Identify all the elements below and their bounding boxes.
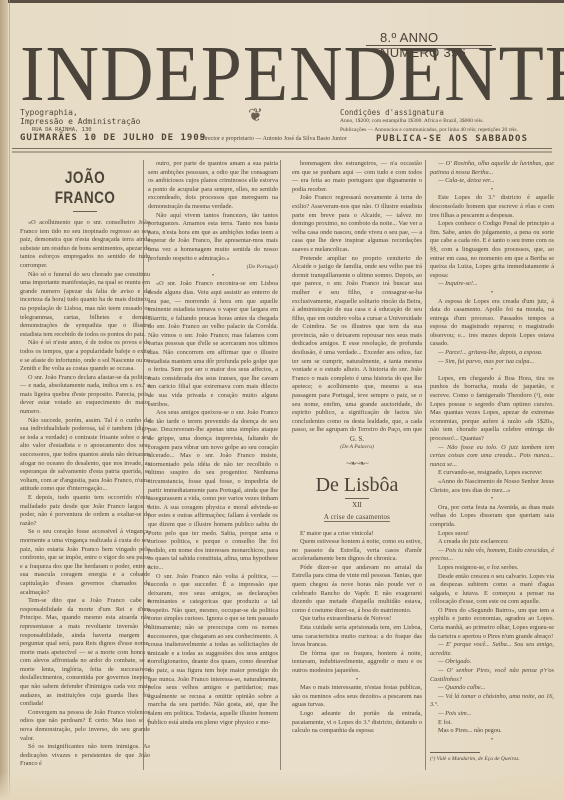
footnote-rule xyxy=(430,752,480,753)
paragraph: Tem-se dito que a João Franco cabe a res… xyxy=(20,597,150,709)
paragraph: E curvando-se, resignado, Lopes escreve: xyxy=(430,469,554,478)
paragraph: Se o seu coração fosse accessivel á ving… xyxy=(20,528,150,597)
header-rule xyxy=(12,148,552,149)
signature: G. S. xyxy=(292,435,422,444)
paragraph: E depois, tudo quanto tem occorrido n'es… xyxy=(20,494,150,528)
dialogue-line: — Cala-te, deixa ver... xyxy=(430,177,554,186)
article-title-de-lisboa: De Lisbôa xyxy=(292,474,422,496)
paragraph: Mas o mais interessante, n'estas festas … xyxy=(292,684,422,710)
paragraph: Este Lopes do 3.º districto é aquelle de… xyxy=(430,194,554,220)
dialogue-line: — Inquire-se!... xyxy=(430,280,554,289)
paragraph: «O acolhimento que o snr. conselheiro Jo… xyxy=(20,219,150,271)
paragraph: Mas o Pires... não pegou. xyxy=(430,727,554,736)
publication-schedule: PUBLICA-SE AOS SABBADOS xyxy=(376,134,528,144)
paragraph: De fórma que os fraques, hontem á noite,… xyxy=(292,650,422,676)
separator-star-icon: • xyxy=(430,366,554,375)
binding-edge xyxy=(0,0,8,800)
paragraph: Não succede, porém, assim. Tal é o cunho… xyxy=(20,417,150,494)
binding-line xyxy=(9,0,10,800)
paragraph: Desde então cresceu o seu calvario. Lope… xyxy=(430,573,554,607)
column-divider xyxy=(280,160,281,770)
issue-date: GUIMARÃES 10 DE JULHO DE 1909 xyxy=(20,133,206,143)
dialogue-line: — Não fosse eu tolo. O juiz tambem tem c… xyxy=(430,444,554,470)
dialogue-line: — Parce!... gritava-lhe, depois, a espos… xyxy=(430,349,554,358)
column-4: homenagem dos estrangeiros, — n'a occasi… xyxy=(292,160,422,736)
page-top-edge xyxy=(0,0,564,3)
subtitle-text: A crise de casamentos xyxy=(324,513,390,522)
source-credit: (De A Palavra) xyxy=(292,443,422,452)
masthead-title: INDEPENDENTE xyxy=(20,42,550,107)
ornamental-divider-icon: ~❧~❧~ xyxy=(292,460,422,469)
title-rule xyxy=(345,498,369,499)
column-divider xyxy=(425,160,426,770)
article-title-joao-franco: JOÃO FRANCO xyxy=(33,168,137,208)
imprint-line-1: Typographia, xyxy=(20,108,140,117)
source-credit: (Do Portugal) xyxy=(148,263,278,272)
column-divider xyxy=(143,160,144,770)
paragraph: E' maior que a crise vinicola! xyxy=(292,530,422,539)
subscription-conditions: Condições d'assignatura Anno, 1$200; com… xyxy=(340,108,518,135)
paragraph: outro, por parte de quantos amam a sua p… xyxy=(148,160,278,212)
paragraph: Quem estivesse hontem á noite, como eu e… xyxy=(292,538,422,564)
paragraph: Esta cuidade seria aprisionada tem, em L… xyxy=(292,624,422,650)
separator-star-icon: • xyxy=(430,186,554,195)
fleuron-ornament-icon: ❦ xyxy=(248,108,263,122)
paragraph: Ora, por certa festa na Avenida, as duas… xyxy=(430,504,554,530)
newspaper-page: 8.º ANNO NUMERO 396 INDEPENDENTE Typogra… xyxy=(0,0,564,800)
paragraph: Lopes resignou-se, e foz serões. xyxy=(430,564,554,573)
title-rule xyxy=(73,211,97,212)
imprint-block: Typographia, Impressão e Administração R… xyxy=(20,108,140,135)
dialogue-line: — Obrigado. xyxy=(430,658,554,667)
paragraph: João Franco regressará novamente á terra… xyxy=(292,194,422,254)
column-5: — O' Rosinha, olha aquelle de luvinhas, … xyxy=(430,160,554,763)
paragraph: A esposa de Lopes era creada d'um juiz, … xyxy=(430,298,554,350)
paragraph: Logo adeante do portão da entrada, pacat… xyxy=(292,710,422,736)
conditions-title: Condições d'assignatura xyxy=(340,108,518,117)
chapter-number: XII xyxy=(292,501,422,510)
paragraph: O snr. João Franco não volta á politica,… xyxy=(148,573,278,728)
dialogue-line: — O' Rosinha, olha aquelle de luvinhas, … xyxy=(430,160,554,177)
separator-star-icon: • xyxy=(430,495,554,504)
dialogue-line: — E' porque você... Saiba... Sou seu ami… xyxy=(430,641,554,658)
paragraph: Convergem na pessoa de João Franco viole… xyxy=(20,709,150,743)
paragraph: O snr. João Franco declara afastar-se da… xyxy=(20,374,150,417)
dialogue-line: — Quando calhe... xyxy=(430,684,554,693)
separator-star-icon: • xyxy=(430,736,554,745)
conditions-line-1: Anno, 1$200; com estampilha 1$300. Afric… xyxy=(340,117,518,126)
paragraph: Pretende ampliar no proprio cemiterio do… xyxy=(292,255,422,435)
dialogue-line: — Vá lá tomar o chásinho, uma noite, ao … xyxy=(430,693,554,710)
paragraph: Lopes conhece o Codigo Penal de principi… xyxy=(430,220,554,280)
separator-star-icon: • xyxy=(292,676,422,685)
paragraph: «Anno do Nascimento de Nosso Senhor Jesu… xyxy=(430,478,554,495)
dialogue-line: — Pois tu não vês, homem, Estão crescida… xyxy=(430,547,554,564)
paragraph: Só os insignificantes não teem inimigos.… xyxy=(20,743,150,769)
header-rule-double xyxy=(12,151,552,153)
paragraph: Não aquí vivem tantos francezes, tão tan… xyxy=(148,212,278,264)
paragraph: «O snr. João Franco encontra-se em Lisbo… xyxy=(148,280,278,409)
paragraph: A creada do juiz esclareceu: xyxy=(430,538,554,547)
paragraph: homenagem dos estrangeiros, — n'a occasi… xyxy=(292,160,422,194)
paragraph: E foi. xyxy=(430,719,554,728)
paragraph: Não só o funeral do seu chorado pae cons… xyxy=(20,271,150,340)
paragraph: Aos seus amigos queixou-se o snr. João F… xyxy=(148,409,278,572)
column-1: JOÃO FRANCO «O acolhimento que o snr. co… xyxy=(20,160,150,769)
paragraph: Póde dizer-se que andavam no arraial da … xyxy=(292,564,422,616)
footnote: (¹) Vidè o Mandarim, de Eça de Queiroz. xyxy=(430,756,554,763)
paragraph: Lopes, em chegando á Boa Hora, tira os p… xyxy=(430,375,554,444)
column-2: outro, por parte de quantos amam a sua p… xyxy=(148,160,278,727)
director-line: Director e proprietario — Antonio José d… xyxy=(200,136,347,142)
article-subtitle: A crise de casamentos xyxy=(292,513,422,522)
dialogue-line: — Pois sim... xyxy=(430,710,554,719)
paragraph: Lopes suou! xyxy=(430,530,554,539)
paragraph: Não é só n'este anno, é de todos os povo… xyxy=(20,339,150,373)
dialogue-line: — Sim, fui parvo, mas por tua culpa... xyxy=(430,358,554,367)
separator-star-icon: • xyxy=(148,272,278,281)
paragraph: Que turba extraordinaria de Noivos! xyxy=(292,615,422,624)
separator-star-icon: • xyxy=(430,289,554,298)
page-bottom-margin xyxy=(0,772,564,800)
paragraph: O Pires do «Segundo Bairro», um que tem … xyxy=(430,607,554,641)
dialogue-line: — O' senhor Pires, você não pensa p'r'os… xyxy=(430,667,554,684)
imprint-line-2: Impressão e Administração xyxy=(20,117,140,126)
